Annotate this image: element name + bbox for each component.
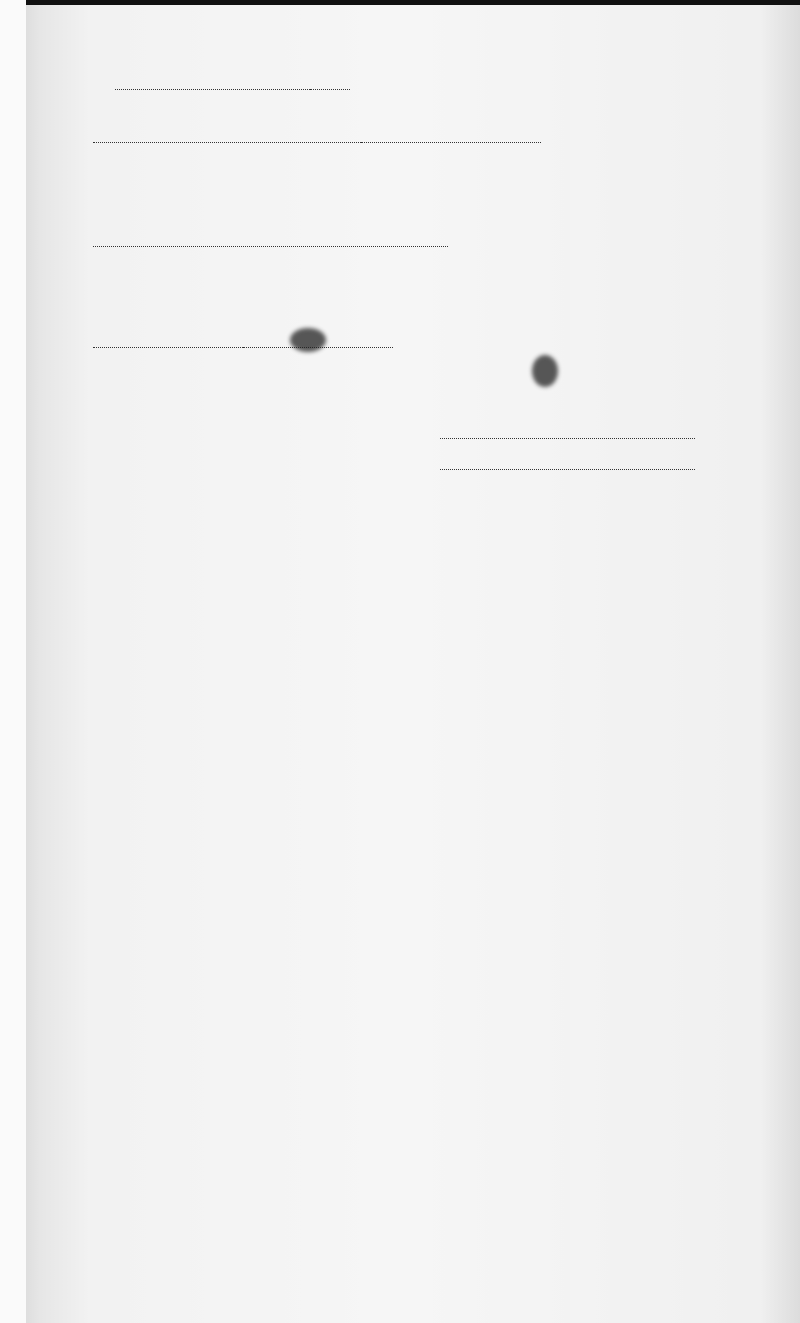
scan-top-edge	[0, 0, 800, 5]
scan-left-margin	[0, 0, 26, 1323]
affidavit-line-6	[93, 337, 393, 352]
witness2-signature-line	[440, 459, 695, 474]
affidavit-line-4	[93, 236, 448, 251]
ink-blot	[290, 328, 326, 352]
witness1-signature-line	[440, 428, 695, 443]
ink-blot	[532, 355, 558, 387]
affidavit-line-2	[93, 132, 541, 147]
document-page	[0, 0, 800, 1323]
affidavit-line-1	[115, 79, 350, 94]
